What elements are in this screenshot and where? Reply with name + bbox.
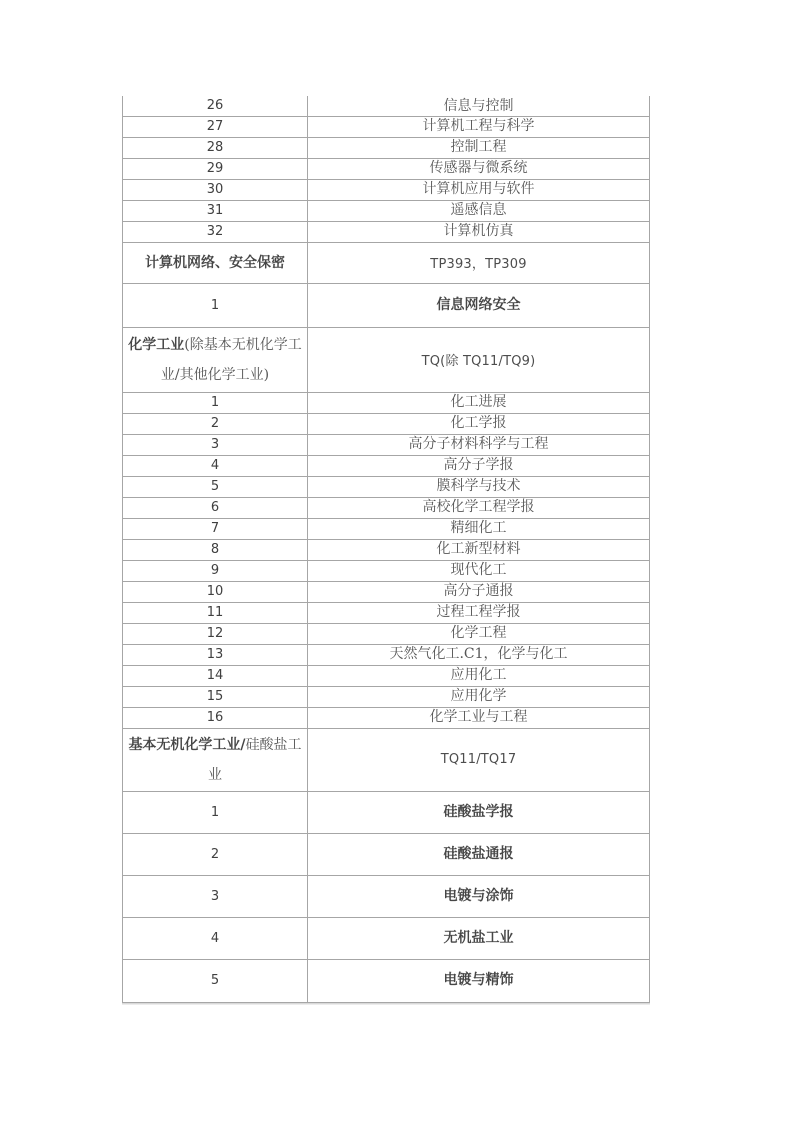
journal-row: 6高校化学工程学报 — [123, 497, 650, 518]
category-title-part: 化学工业 — [128, 337, 184, 353]
journal-row: 14应用化工 — [123, 665, 650, 686]
journal-name: 化学工程 — [308, 623, 650, 644]
row-number: 2 — [123, 413, 308, 434]
journal-name: 电镀与精饰 — [308, 959, 650, 1002]
category-title: 化学工业(除基本无机化学工业/其他化学工业) — [123, 327, 308, 392]
journal-row: 29传感器与微系统 — [123, 158, 650, 179]
row-number: 31 — [123, 200, 308, 221]
row-number: 12 — [123, 623, 308, 644]
journal-name: 遥感信息 — [308, 200, 650, 221]
journal-name: 无机盐工业 — [308, 917, 650, 959]
journal-name: 过程工程学报 — [308, 602, 650, 623]
journal-row: 10高分子通报 — [123, 581, 650, 602]
journal-row: 2硅酸盐通报 — [123, 833, 650, 875]
row-number: 28 — [123, 137, 308, 158]
row-number: 1 — [123, 392, 308, 413]
category-title-part: 基本无机化学工业/ — [128, 737, 245, 753]
document-page: 26信息与控制27计算机工程与科学28控制工程29传感器与微系统30计算机应用与… — [0, 0, 793, 1122]
journal-row: 31遥感信息 — [123, 200, 650, 221]
journal-row: 5电镀与精饰 — [123, 959, 650, 1002]
journal-row: 13天然气化工.C1，化学与化工 — [123, 644, 650, 665]
category-title: 基本无机化学工业/硅酸盐工业 — [123, 728, 308, 791]
journal-name: 计算机仿真 — [308, 221, 650, 242]
journal-name: 化工新型材料 — [308, 539, 650, 560]
row-number: 1 — [123, 791, 308, 833]
row-number: 15 — [123, 686, 308, 707]
row-number: 13 — [123, 644, 308, 665]
journal-name: 传感器与微系统 — [308, 158, 650, 179]
journal-row: 7精细化工 — [123, 518, 650, 539]
journal-row: 1硅酸盐学报 — [123, 791, 650, 833]
row-number: 29 — [123, 158, 308, 179]
journal-name: 膜科学与技术 — [308, 476, 650, 497]
category-row: 基本无机化学工业/硅酸盐工业TQ11/TQ17 — [123, 728, 650, 791]
journal-name: 计算机工程与科学 — [308, 116, 650, 137]
category-code: TQ11/TQ17 — [308, 728, 650, 791]
journal-row: 32计算机仿真 — [123, 221, 650, 242]
journal-row: 2化工学报 — [123, 413, 650, 434]
row-number: 7 — [123, 518, 308, 539]
journal-name: 天然气化工.C1，化学与化工 — [308, 644, 650, 665]
journal-row: 11过程工程学报 — [123, 602, 650, 623]
journal-row: 16化学工业与工程 — [123, 707, 650, 728]
category-row: 计算机网络、安全保密TP393，TP309 — [123, 242, 650, 283]
row-number: 1 — [123, 283, 308, 327]
journal-row: 12化学工程 — [123, 623, 650, 644]
category-code: TP393，TP309 — [308, 242, 650, 283]
row-number: 10 — [123, 581, 308, 602]
row-number: 26 — [123, 96, 308, 116]
row-number: 30 — [123, 179, 308, 200]
journal-row: 27计算机工程与科学 — [123, 116, 650, 137]
row-number: 4 — [123, 917, 308, 959]
journal-row: 4高分子学报 — [123, 455, 650, 476]
category-title-part: 计算机网络、安全保密 — [145, 255, 285, 271]
journal-name: 硅酸盐通报 — [308, 833, 650, 875]
journal-name: 信息网络安全 — [308, 283, 650, 327]
journal-name: 化工学报 — [308, 413, 650, 434]
row-number: 5 — [123, 959, 308, 1002]
journal-name: 高分子通报 — [308, 581, 650, 602]
journal-row: 1信息网络安全 — [123, 283, 650, 327]
category-code: TQ(除 TQ11/TQ9) — [308, 327, 650, 392]
journal-name: 计算机应用与软件 — [308, 179, 650, 200]
journal-name: 精细化工 — [308, 518, 650, 539]
journal-name: 现代化工 — [308, 560, 650, 581]
journal-row: 3高分子材料科学与工程 — [123, 434, 650, 455]
journal-row: 8化工新型材料 — [123, 539, 650, 560]
journal-row: 4无机盐工业 — [123, 917, 650, 959]
category-row: 化学工业(除基本无机化学工业/其他化学工业)TQ(除 TQ11/TQ9) — [123, 327, 650, 392]
row-number: 11 — [123, 602, 308, 623]
journal-row: 1化工进展 — [123, 392, 650, 413]
table-body: 26信息与控制27计算机工程与科学28控制工程29传感器与微系统30计算机应用与… — [123, 96, 650, 1002]
journal-name: 化学工业与工程 — [308, 707, 650, 728]
journal-name: 应用化学 — [308, 686, 650, 707]
journal-row: 26信息与控制 — [123, 96, 650, 116]
journals-table: 26信息与控制27计算机工程与科学28控制工程29传感器与微系统30计算机应用与… — [122, 96, 650, 1003]
row-number: 6 — [123, 497, 308, 518]
journal-row: 28控制工程 — [123, 137, 650, 158]
journal-row: 5膜科学与技术 — [123, 476, 650, 497]
row-number: 9 — [123, 560, 308, 581]
row-number: 3 — [123, 434, 308, 455]
journal-name: 应用化工 — [308, 665, 650, 686]
journal-name: 高校化学工程学报 — [308, 497, 650, 518]
journal-name: 化工进展 — [308, 392, 650, 413]
row-number: 3 — [123, 875, 308, 917]
journal-row: 3电镀与涂饰 — [123, 875, 650, 917]
row-number: 32 — [123, 221, 308, 242]
journal-name: 电镀与涂饰 — [308, 875, 650, 917]
row-number: 27 — [123, 116, 308, 137]
journal-name: 高分子材料科学与工程 — [308, 434, 650, 455]
row-number: 2 — [123, 833, 308, 875]
journal-row: 15应用化学 — [123, 686, 650, 707]
category-title: 计算机网络、安全保密 — [123, 242, 308, 283]
row-number: 4 — [123, 455, 308, 476]
journal-name: 高分子学报 — [308, 455, 650, 476]
row-number: 14 — [123, 665, 308, 686]
journal-name: 硅酸盐学报 — [308, 791, 650, 833]
journal-row: 30计算机应用与软件 — [123, 179, 650, 200]
row-number: 16 — [123, 707, 308, 728]
journal-row: 9现代化工 — [123, 560, 650, 581]
row-number: 8 — [123, 539, 308, 560]
row-number: 5 — [123, 476, 308, 497]
journal-name: 控制工程 — [308, 137, 650, 158]
journal-name: 信息与控制 — [308, 96, 650, 116]
